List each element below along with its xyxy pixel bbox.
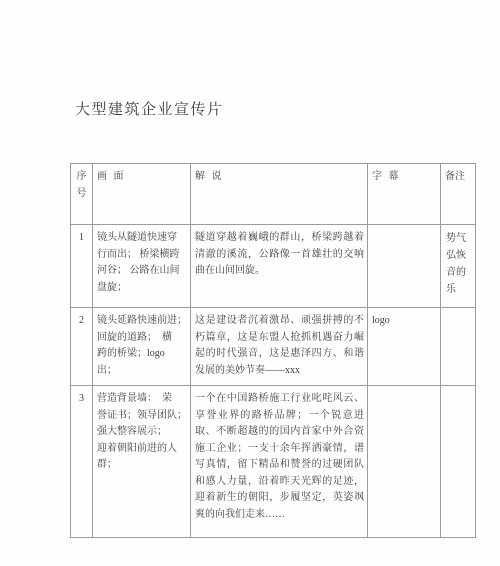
row3-picture: 营造背景墙： 荣 誉证书；领导团队； 强大整容展示； 迎着朝阳前进的人 群； (93, 386, 191, 538)
row2-picture: 镜头延路快速前进； 回旋的道路； 横 跨的桥梁；logo 出； (93, 308, 191, 386)
document-page: 大型建筑企业宣传片 序 号 画 面 解 说 字 幕 备注 1 镜头从隧道快速穿 … (0, 0, 500, 566)
table-row: 3 营造背景墙： 荣 誉证书；领导团队； 强大整容展示； 迎着朝阳前进的人 群；… (71, 386, 476, 538)
row1-note: 势气 弘恢 音的 乐 (441, 225, 476, 308)
row2-subtitle: logo (368, 308, 441, 386)
column-header-no: 序 号 (71, 164, 93, 225)
column-header-picture: 画 面 (93, 164, 191, 225)
storyboard-table: 序 号 画 面 解 说 字 幕 备注 1 镜头从隧道快速穿 行而出； 桥梁横跨 … (70, 163, 476, 538)
row1-narration: 隧道穿越着巍峨的群山，桥梁跨越着清澈的溪流，公路像一首雄壮的交响曲在山间回旋。 (191, 225, 368, 308)
document-title: 大型建筑企业宣传片 (75, 98, 224, 119)
row1-seq-number: 1 (71, 225, 93, 308)
row3-subtitle (368, 386, 441, 538)
row3-note (441, 386, 476, 538)
column-header-note: 备注 (441, 164, 476, 225)
table-row: 2 镜头延路快速前进； 回旋的道路； 横 跨的桥梁；logo 出； 这是建设者沉… (71, 308, 476, 386)
row3-seq-number: 3 (71, 386, 93, 538)
column-header-narration: 解 说 (191, 164, 368, 225)
row1-picture: 镜头从隧道快速穿 行而出； 桥梁横跨 河谷； 公路在山间 盘旋； (93, 225, 191, 308)
row2-narration: 这是建设者沉着激昂、顽强拼搏的不朽篇章，这是东盟人抢抓机遇奋力崛起的时代强音，这… (191, 308, 368, 386)
table-row: 1 镜头从隧道快速穿 行而出； 桥梁横跨 河谷； 公路在山间 盘旋； 隧道穿越着… (71, 225, 476, 308)
table-header-row: 序 号 画 面 解 说 字 幕 备注 (71, 164, 476, 225)
row3-narration: 一个在中国路桥施工行业叱咤风云、享誉业界的路桥品牌；一个锐意进取、不断超越的的国… (191, 386, 368, 538)
column-header-subtitle: 字 幕 (368, 164, 441, 225)
row1-subtitle (368, 225, 441, 308)
row2-seq-number: 2 (71, 308, 93, 386)
row2-note (441, 308, 476, 386)
